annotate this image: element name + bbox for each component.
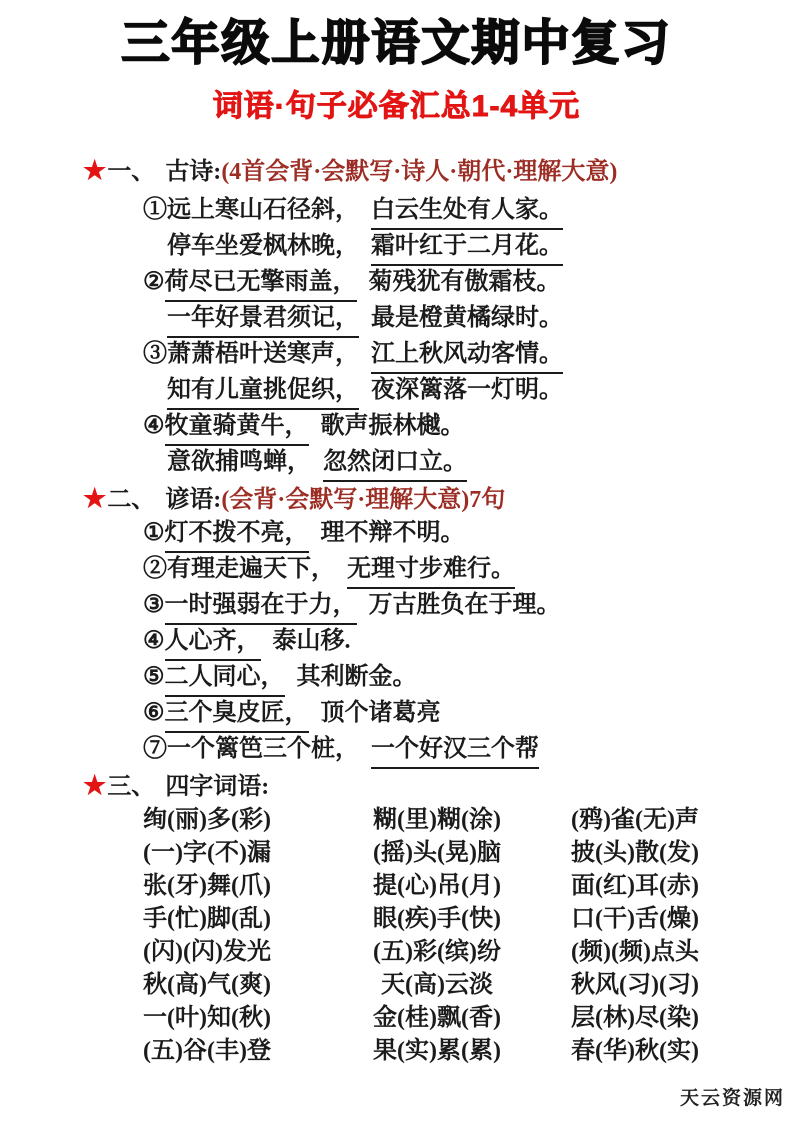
underlined-phrase: 牧童骑黄牛，	[165, 410, 309, 446]
section-number: 一、	[107, 159, 155, 185]
text-line: ⑤二人同心，其利断金。	[0, 661, 793, 697]
word-cell: (频)(频)点头	[535, 936, 735, 969]
underlined-phrase: 白云生处有人家。	[371, 194, 563, 230]
word-grid: 绚(丽)多(彩)糊(里)糊(涂)(鸦)雀(无)声(一)字(不)漏(摇)头(晃)脑…	[143, 804, 793, 1068]
underlined-phrase: 荷尽已无擎雨盖，	[165, 266, 357, 302]
underlined-phrase: 人心齐，	[165, 625, 261, 661]
phrase: 其利断金。	[297, 661, 417, 694]
word-cell: 眼(疾)手(快)	[339, 903, 535, 936]
text-line: 停车坐爱枫林晚，霜叶红于二月花。	[0, 230, 793, 266]
text-line: ①灯不拨不亮，理不辩不明。	[0, 517, 793, 553]
phrase: ②有理走遍天下，	[143, 553, 335, 586]
underlined-phrase: 霜叶红于二月花。	[371, 230, 563, 266]
star-icon: ★	[83, 484, 106, 513]
word-cell: (五)彩(缤)纷	[339, 936, 535, 969]
word-cell: (摇)头(晃)脑	[339, 837, 535, 870]
section-1: ★一、古诗:(4首会背·会默写·诗人·朝代·理解大意)①远上寒山石径斜，白云生处…	[0, 154, 793, 482]
text-line: 知有儿童挑促织，夜深篱落一灯明。	[0, 374, 793, 410]
phrase: ⑦一个篱笆三个桩，	[143, 733, 359, 766]
word-cell: 秋风(习)(习)	[535, 969, 735, 1002]
phrase: 歌声振林樾。	[321, 410, 465, 443]
phrase: ⑤	[143, 661, 165, 694]
phrase: ③萧萧梧叶送寒声，	[143, 338, 359, 371]
section-label: 谚语:	[165, 487, 221, 513]
underlined-phrase: 灯不拨不亮，	[165, 517, 309, 553]
phrase: ④	[143, 410, 165, 443]
page-title: 三年级上册语文期中复习	[0, 0, 793, 76]
word-cell: 手(忙)脚(乱)	[143, 903, 339, 936]
phrase: 意欲捕鸣蝉，	[167, 446, 311, 479]
word-cell: 春(华)秋(实)	[535, 1035, 735, 1068]
text-line: ⑥三个臭皮匠，顶个诸葛亮	[0, 697, 793, 733]
text-line: ②有理走遍天下，无理寸步难行。	[0, 553, 793, 589]
phrase: ④	[143, 625, 165, 658]
text-line: 意欲捕鸣蝉，忽然闭口立。	[0, 446, 793, 482]
section-header: ★二、谚语:(会背·会默写·理解大意)7句	[0, 482, 793, 517]
underlined-phrase: 三个臭皮匠，	[165, 697, 309, 733]
word-cell: 绚(丽)多(彩)	[143, 804, 339, 837]
phrase: ①	[143, 517, 165, 550]
phrase: 最是橙黄橘绿时。	[371, 302, 563, 335]
phrase: ①远上寒山石径斜，	[143, 194, 359, 227]
text-line: ④牧童骑黄牛，歌声振林樾。	[0, 410, 793, 446]
underlined-phrase: 江上秋风动客情。	[371, 338, 563, 374]
section-header: ★三、四字词语:	[0, 769, 793, 804]
word-cell: (鸦)雀(无)声	[535, 804, 735, 837]
underlined-phrase: 一年好景君须记，	[167, 302, 359, 338]
underlined-phrase: 知有儿童挑促织，	[167, 374, 359, 410]
underlined-phrase: 二人同心，	[165, 661, 285, 697]
word-cell: 张(牙)舞(爪)	[143, 870, 339, 903]
phrase: 万古胜负在于理。	[369, 589, 561, 622]
worksheet-body: ★一、古诗:(4首会背·会默写·诗人·朝代·理解大意)①远上寒山石径斜，白云生处…	[0, 154, 793, 1068]
word-cell: 天(高)云淡	[339, 969, 535, 1002]
word-cell: 披(头)散(发)	[535, 837, 735, 870]
phrase: 停车坐爱枫林晚，	[167, 230, 359, 263]
section-number: 二、	[107, 487, 155, 513]
word-cell: (闪)(闪)发光	[143, 936, 339, 969]
star-icon: ★	[83, 771, 106, 800]
text-line: ②荷尽已无擎雨盖，菊残犹有傲霜枝。	[0, 266, 793, 302]
phrase: 菊残犹有傲霜枝。	[369, 266, 561, 299]
text-line: 一年好景君须记，最是橙黄橘绿时。	[0, 302, 793, 338]
page-subtitle: 词语·句子必备汇总1-4单元	[0, 90, 793, 124]
section-2: ★二、谚语:(会背·会默写·理解大意)7句①灯不拨不亮，理不辩不明。②有理走遍天…	[0, 482, 793, 769]
phrase: 理不辩不明。	[321, 517, 465, 550]
text-line: ③萧萧梧叶送寒声，江上秋风动客情。	[0, 338, 793, 374]
star-icon: ★	[83, 156, 106, 185]
phrase: 泰山移.	[273, 625, 351, 658]
underlined-phrase: 一时强弱在于力，	[165, 589, 357, 625]
underlined-phrase: 忽然闭口立。	[323, 446, 467, 482]
word-cell: 层(林)尽(染)	[535, 1002, 735, 1035]
text-line: ⑦一个篱笆三个桩，一个好汉三个帮	[0, 733, 793, 769]
word-cell: 一(叶)知(秋)	[143, 1002, 339, 1035]
worksheet-page: 三年级上册语文期中复习 词语·句子必备汇总1-4单元 ★一、古诗:(4首会背·会…	[0, 0, 793, 1122]
phrase: ②	[143, 266, 165, 299]
phrase: ③	[143, 589, 165, 622]
section-number: 三、	[107, 774, 155, 800]
word-cell: 金(桂)飘(香)	[339, 1002, 535, 1035]
word-cell: (一)字(不)漏	[143, 837, 339, 870]
section-label: 古诗:	[165, 159, 221, 185]
word-cell: (五)谷(丰)登	[143, 1035, 339, 1068]
watermark: 天云资源网	[680, 1083, 785, 1110]
underlined-phrase: 一个好汉三个帮	[371, 733, 539, 769]
underlined-phrase: 无理寸步难行。	[347, 553, 515, 589]
word-cell: 口(干)舌(燥)	[535, 903, 735, 936]
phrase: 夜深篱落一灯明。	[371, 374, 563, 407]
text-line: ①远上寒山石径斜，白云生处有人家。	[0, 194, 793, 230]
text-line: ③一时强弱在于力，万古胜负在于理。	[0, 589, 793, 625]
text-line: ④人心齐，泰山移.	[0, 625, 793, 661]
word-cell: 面(红)耳(赤)	[535, 870, 735, 903]
phrase: 顶个诸葛亮	[321, 697, 441, 730]
section-3: ★三、四字词语:绚(丽)多(彩)糊(里)糊(涂)(鸦)雀(无)声(一)字(不)漏…	[0, 769, 793, 1068]
section-note: (4首会背·会默写·诗人·朝代·理解大意)	[221, 159, 617, 185]
section-note: (会背·会默写·理解大意)7句	[221, 487, 505, 513]
section-label: 四字词语:	[165, 774, 269, 800]
word-cell: 秋(高)气(爽)	[143, 969, 339, 1002]
phrase: ⑥	[143, 697, 165, 730]
word-cell: 果(实)累(累)	[339, 1035, 535, 1068]
word-cell: 提(心)吊(月)	[339, 870, 535, 903]
word-cell: 糊(里)糊(涂)	[339, 804, 535, 837]
section-header: ★一、古诗:(4首会背·会默写·诗人·朝代·理解大意)	[0, 154, 793, 189]
